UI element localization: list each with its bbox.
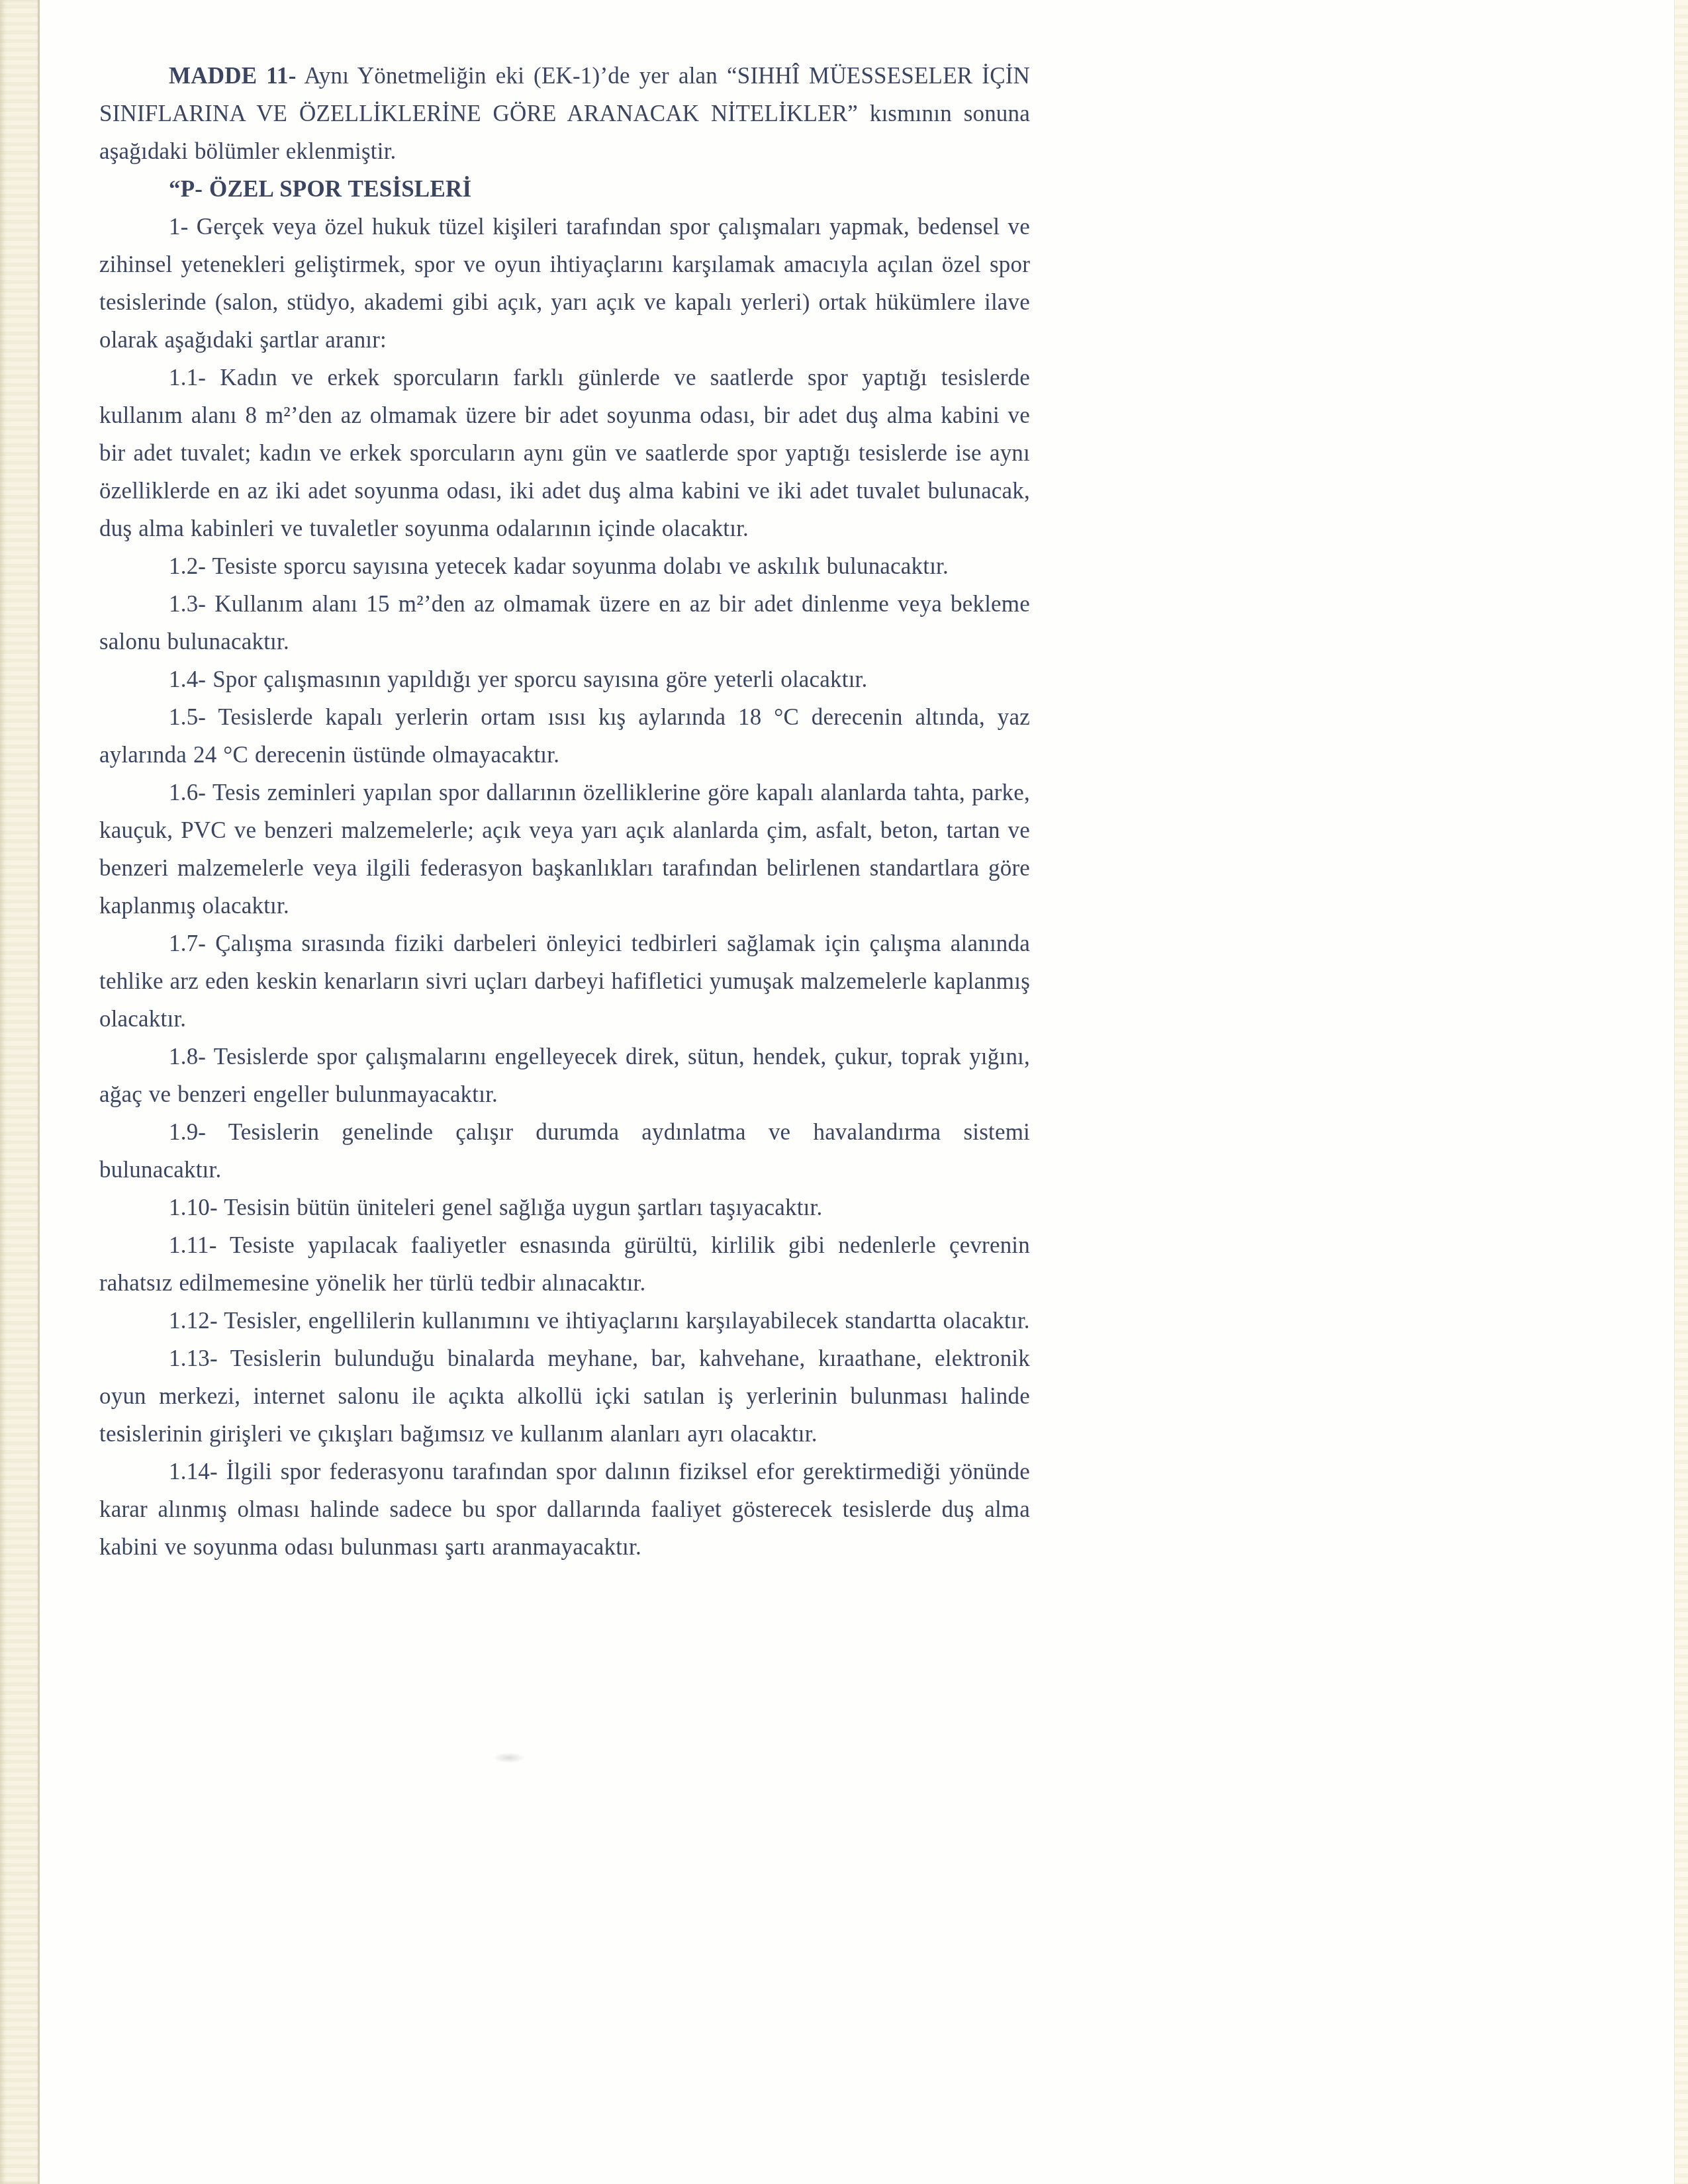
section-heading-ozel-spor-tesisleri: “P- ÖZEL SPOR TESİSLERİ <box>99 170 1030 208</box>
paragraph-1-12: 1.12- Tesisler, engellilerin kullanımını… <box>99 1302 1030 1340</box>
paragraph-1-9: 1.9- Tesislerin genelinde çalışır durumd… <box>99 1113 1030 1189</box>
paragraph-1-11: 1.11- Tesiste yapılacak faaliyetler esna… <box>99 1226 1030 1302</box>
scan-edge-left <box>0 0 40 2184</box>
madde-11-paragraph: MADDE 11- Aynı Yönetmeliğin eki (EK-1)’d… <box>99 57 1030 170</box>
paragraph-1-3: 1.3- Kullanım alanı 15 m²’den az olmamak… <box>99 585 1030 660</box>
scanned-document-page: MADDE 11- Aynı Yönetmeliğin eki (EK-1)’d… <box>0 0 1688 2184</box>
paragraph-1-13: 1.13- Tesislerin bulunduğu binalarda mey… <box>99 1340 1030 1453</box>
document-text-block: MADDE 11- Aynı Yönetmeliğin eki (EK-1)’d… <box>99 57 1030 1566</box>
paragraph-1-14: 1.14- İlgili spor federasyonu tarafından… <box>99 1453 1030 1566</box>
paragraph-1-8: 1.8- Tesislerde spor çalışmalarını engel… <box>99 1038 1030 1113</box>
madde-11-label: MADDE 11- <box>169 63 297 89</box>
scan-edge-right <box>1674 0 1688 2184</box>
paragraph-1-10: 1.10- Tesisin bütün üniteleri genel sağl… <box>99 1189 1030 1226</box>
paragraph-1-1: 1.1- Kadın ve erkek sporcuların farklı g… <box>99 359 1030 547</box>
paragraph-1: 1- Gerçek veya özel hukuk tüzel kişileri… <box>99 208 1030 359</box>
paragraph-1-7: 1.7- Çalışma sırasında fiziki darbeleri … <box>99 925 1030 1038</box>
paragraph-1-2: 1.2- Tesiste sporcu sayısına yetecek kad… <box>99 547 1030 585</box>
paragraph-1-5: 1.5- Tesislerde kapalı yerlerin ortam ıs… <box>99 698 1030 774</box>
paragraph-1-6: 1.6- Tesis zeminleri yapılan spor dallar… <box>99 774 1030 925</box>
paragraph-1-4: 1.4- Spor çalışmasının yapıldığı yer spo… <box>99 660 1030 698</box>
scan-smudge <box>493 1752 525 1763</box>
